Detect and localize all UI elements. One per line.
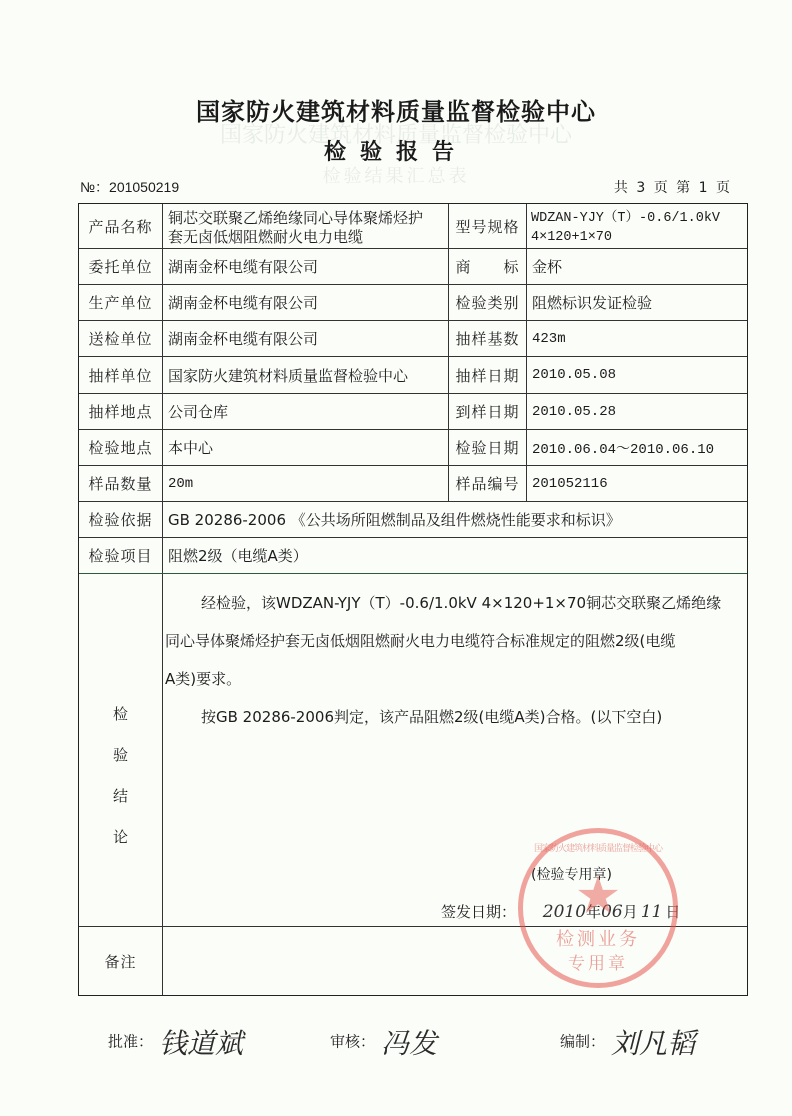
value-inspection-location: 本中心 bbox=[162, 430, 448, 465]
approve-label: 批准： bbox=[108, 1033, 153, 1051]
conclusion-label-char: 检 bbox=[113, 703, 128, 724]
value-remarks bbox=[162, 927, 749, 995]
label-sampling-date: 抽样日期 bbox=[448, 357, 526, 393]
issue-date-month: 06 bbox=[601, 902, 623, 922]
table-row-sampling-location: 抽样地点 公司仓库 到样日期 2010.05.28 bbox=[79, 393, 747, 429]
label-model-spec: 型号规格 bbox=[448, 204, 526, 248]
issue-date-day: 11 bbox=[641, 902, 663, 922]
label-item: 检验项目 bbox=[79, 538, 162, 573]
value-basis: GB 20286-2006 《公共场所阻燃制品及组件燃烧性能要求和标识》 bbox=[162, 502, 749, 537]
issue-date: 签发日期： 2010年06月11日 bbox=[441, 901, 680, 922]
product-name-line2: 套无卤低烟阻燃耐火电力电缆 bbox=[168, 228, 363, 246]
table-row-item: 检验项目 阻燃2级（电缆A类） bbox=[79, 537, 747, 573]
value-sampling-unit: 国家防火建筑材料质量监督检验中心 bbox=[162, 357, 448, 393]
label-trademark: 商 标 bbox=[448, 249, 526, 284]
label-sampling-base: 抽样基数 bbox=[448, 321, 526, 356]
label-inspection-type: 检验类别 bbox=[448, 285, 526, 320]
value-trademark: 金杯 bbox=[526, 249, 749, 284]
report-number-label: №： bbox=[80, 179, 109, 195]
conclusion-para1-line2: 同心导体聚烯烃护套无卤低烟阻燃耐火电力电缆符合标准规定的阻燃2级(电缆 bbox=[165, 622, 740, 660]
compile-label: 编制： bbox=[560, 1033, 605, 1051]
label-inspection-date: 检验日期 bbox=[448, 430, 526, 465]
table-row-submitter: 送检单位 湖南金杯电缆有限公司 抽样基数 423m bbox=[79, 320, 747, 356]
label-conclusion: 检 验 结 论 bbox=[79, 574, 162, 926]
value-model-spec: WDZAN-YJY（T）-0.6/1.0kV 4×120+1×70 bbox=[526, 204, 749, 248]
page-info: 共 3 页 第 1 页 bbox=[614, 177, 730, 197]
value-submitter: 湖南金杯电缆有限公司 bbox=[162, 321, 448, 356]
issue-date-month-unit: 月 bbox=[623, 903, 638, 921]
conclusion-label-char: 结 bbox=[113, 785, 128, 806]
table-row-client: 委托单位 湖南金杯电缆有限公司 商 标 金杯 bbox=[79, 248, 747, 284]
table-row-sample-quantity: 样品数量 20m 样品编号 201052116 bbox=[79, 465, 747, 501]
label-product-name: 产品名称 bbox=[79, 204, 162, 248]
report-number: №：201050219 bbox=[80, 177, 179, 197]
label-submitter: 送检单位 bbox=[79, 321, 162, 356]
value-sampling-location: 公司仓库 bbox=[162, 394, 448, 429]
compile-signature-block: 编制：刘凡韬 bbox=[560, 1022, 695, 1062]
table-row-product: 产品名称 铜芯交联聚乙烯绝缘同心导体聚烯烃护 套无卤低烟阻燃耐火电力电缆 型号规… bbox=[79, 204, 747, 248]
conclusion-para1-line1: 经检验，该WDZAN-YJY（T）-0.6/1.0kV 4×120+1×70铜芯… bbox=[165, 584, 740, 622]
model-line2: 4×120+1×70 bbox=[531, 230, 612, 245]
report-number-value: 201050219 bbox=[109, 179, 179, 195]
issue-date-label: 签发日期： bbox=[441, 903, 516, 921]
label-manufacturer: 生产单位 bbox=[79, 285, 162, 320]
review-label: 审核： bbox=[330, 1033, 375, 1051]
issue-date-year: 2010 bbox=[543, 902, 586, 922]
value-product-name: 铜芯交联聚乙烯绝缘同心导体聚烯烃护 套无卤低烟阻燃耐火电力电缆 bbox=[162, 204, 448, 248]
conclusion-label-char: 论 bbox=[113, 826, 128, 847]
table-row-basis: 检验依据 GB 20286-2006 《公共场所阻燃制品及组件燃烧性能要求和标识… bbox=[79, 501, 747, 537]
approve-signature-block: 批准：钱道斌 bbox=[108, 1022, 243, 1062]
value-inspection-type: 阻燃标识发证检验 bbox=[526, 285, 749, 320]
review-signature-block: 审核：冯发 bbox=[330, 1022, 437, 1062]
label-sample-number: 样品编号 bbox=[448, 466, 526, 501]
value-sample-quantity: 20m bbox=[162, 466, 448, 501]
value-sampling-date: 2010.05.08 bbox=[526, 357, 749, 393]
value-inspection-date: 2010.06.04～2010.06.10 bbox=[526, 430, 749, 465]
conclusion-text: 经检验，该WDZAN-YJY（T）-0.6/1.0kV 4×120+1×70铜芯… bbox=[165, 584, 740, 736]
table-row-manufacturer: 生产单位 湖南金杯电缆有限公司 检验类别 阻燃标识发证检验 bbox=[79, 284, 747, 320]
organization-title: 国家防火建筑材料质量监督检验中心 bbox=[0, 92, 792, 127]
value-manufacturer: 湖南金杯电缆有限公司 bbox=[162, 285, 448, 320]
model-line1: WDZAN-YJY（T）-0.6/1.0kV bbox=[531, 211, 720, 226]
issue-date-day-unit: 日 bbox=[665, 903, 680, 921]
product-name-line1: 铜芯交联聚乙烯绝缘同心导体聚烯烃护 bbox=[168, 209, 423, 227]
label-basis: 检验依据 bbox=[79, 502, 162, 537]
stamp-caption: (检验专用章) bbox=[531, 864, 612, 884]
value-arrival-date: 2010.05.28 bbox=[526, 394, 749, 429]
label-sample-quantity: 样品数量 bbox=[79, 466, 162, 501]
conclusion-label-char: 验 bbox=[113, 744, 128, 765]
value-sampling-base: 423m bbox=[526, 321, 749, 356]
report-table: 产品名称 铜芯交联聚乙烯绝缘同心导体聚烯烃护 套无卤低烟阻燃耐火电力电缆 型号规… bbox=[78, 203, 748, 996]
label-inspection-location: 检验地点 bbox=[79, 430, 162, 465]
label-sampling-location: 抽样地点 bbox=[79, 394, 162, 429]
conclusion-para1-line3: A类)要求。 bbox=[165, 660, 740, 698]
table-row-inspection-location: 检验地点 本中心 检验日期 2010.06.04～2010.06.10 bbox=[79, 429, 747, 465]
table-row-remarks: 备注 bbox=[79, 926, 747, 995]
compile-signature: 刘凡韬 bbox=[611, 1027, 695, 1060]
value-item: 阻燃2级（电缆A类） bbox=[162, 538, 749, 573]
conclusion-para2: 按GB 20286-2006判定，该产品阻燃2级(电缆A类)合格。(以下空白) bbox=[165, 698, 740, 736]
label-remarks: 备注 bbox=[79, 927, 162, 995]
table-row-conclusion: 检 验 结 论 经检验，该WDZAN-YJY（T）-0.6/1.0kV 4×12… bbox=[79, 573, 747, 926]
document-title: 检验报告 bbox=[0, 135, 792, 166]
value-sample-number: 201052116 bbox=[526, 466, 749, 501]
issue-date-year-unit: 年 bbox=[586, 903, 601, 921]
label-client: 委托单位 bbox=[79, 249, 162, 284]
review-signature: 冯发 bbox=[381, 1027, 437, 1060]
label-arrival-date: 到样日期 bbox=[448, 394, 526, 429]
approve-signature: 钱道斌 bbox=[159, 1027, 243, 1060]
table-row-sampling-unit: 抽样单位 国家防火建筑材料质量监督检验中心 抽样日期 2010.05.08 bbox=[79, 356, 747, 393]
value-client: 湖南金杯电缆有限公司 bbox=[162, 249, 448, 284]
label-sampling-unit: 抽样单位 bbox=[79, 357, 162, 393]
